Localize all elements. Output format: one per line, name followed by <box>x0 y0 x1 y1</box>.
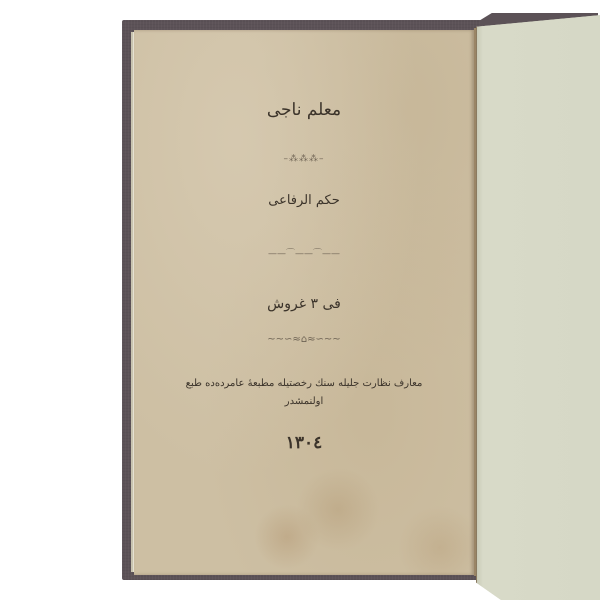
ornament-divider-2: ——⌒——⌒—— <box>134 246 474 259</box>
publication-year: ١٣٠٤ <box>134 433 474 453</box>
ornament-divider-1: –⁂⁂⁂– <box>134 154 474 164</box>
title-page: معلم ناجی –⁂⁂⁂– حکم الرفاعی ——⌒——⌒—— فی … <box>134 30 474 575</box>
price-text: فی ٣ غروش <box>134 296 474 312</box>
flyleaf-page <box>476 15 600 600</box>
publisher-line-2: اولنمشدر <box>134 396 474 407</box>
gutter-line <box>474 28 476 576</box>
author-name: معلم ناجی <box>134 100 474 120</box>
publisher-line-1: معارف نظارت جلیله سنك رخصتیله مطبعۀ عامر… <box>154 378 454 389</box>
book-photo: معلم ناجی –⁂⁂⁂– حکم الرفاعی ——⌒——⌒—— فی … <box>0 0 600 600</box>
ornament-divider-3: ~~∽≈⌂≈∽~~ <box>134 334 474 345</box>
book-title: حکم الرفاعی <box>134 193 474 208</box>
